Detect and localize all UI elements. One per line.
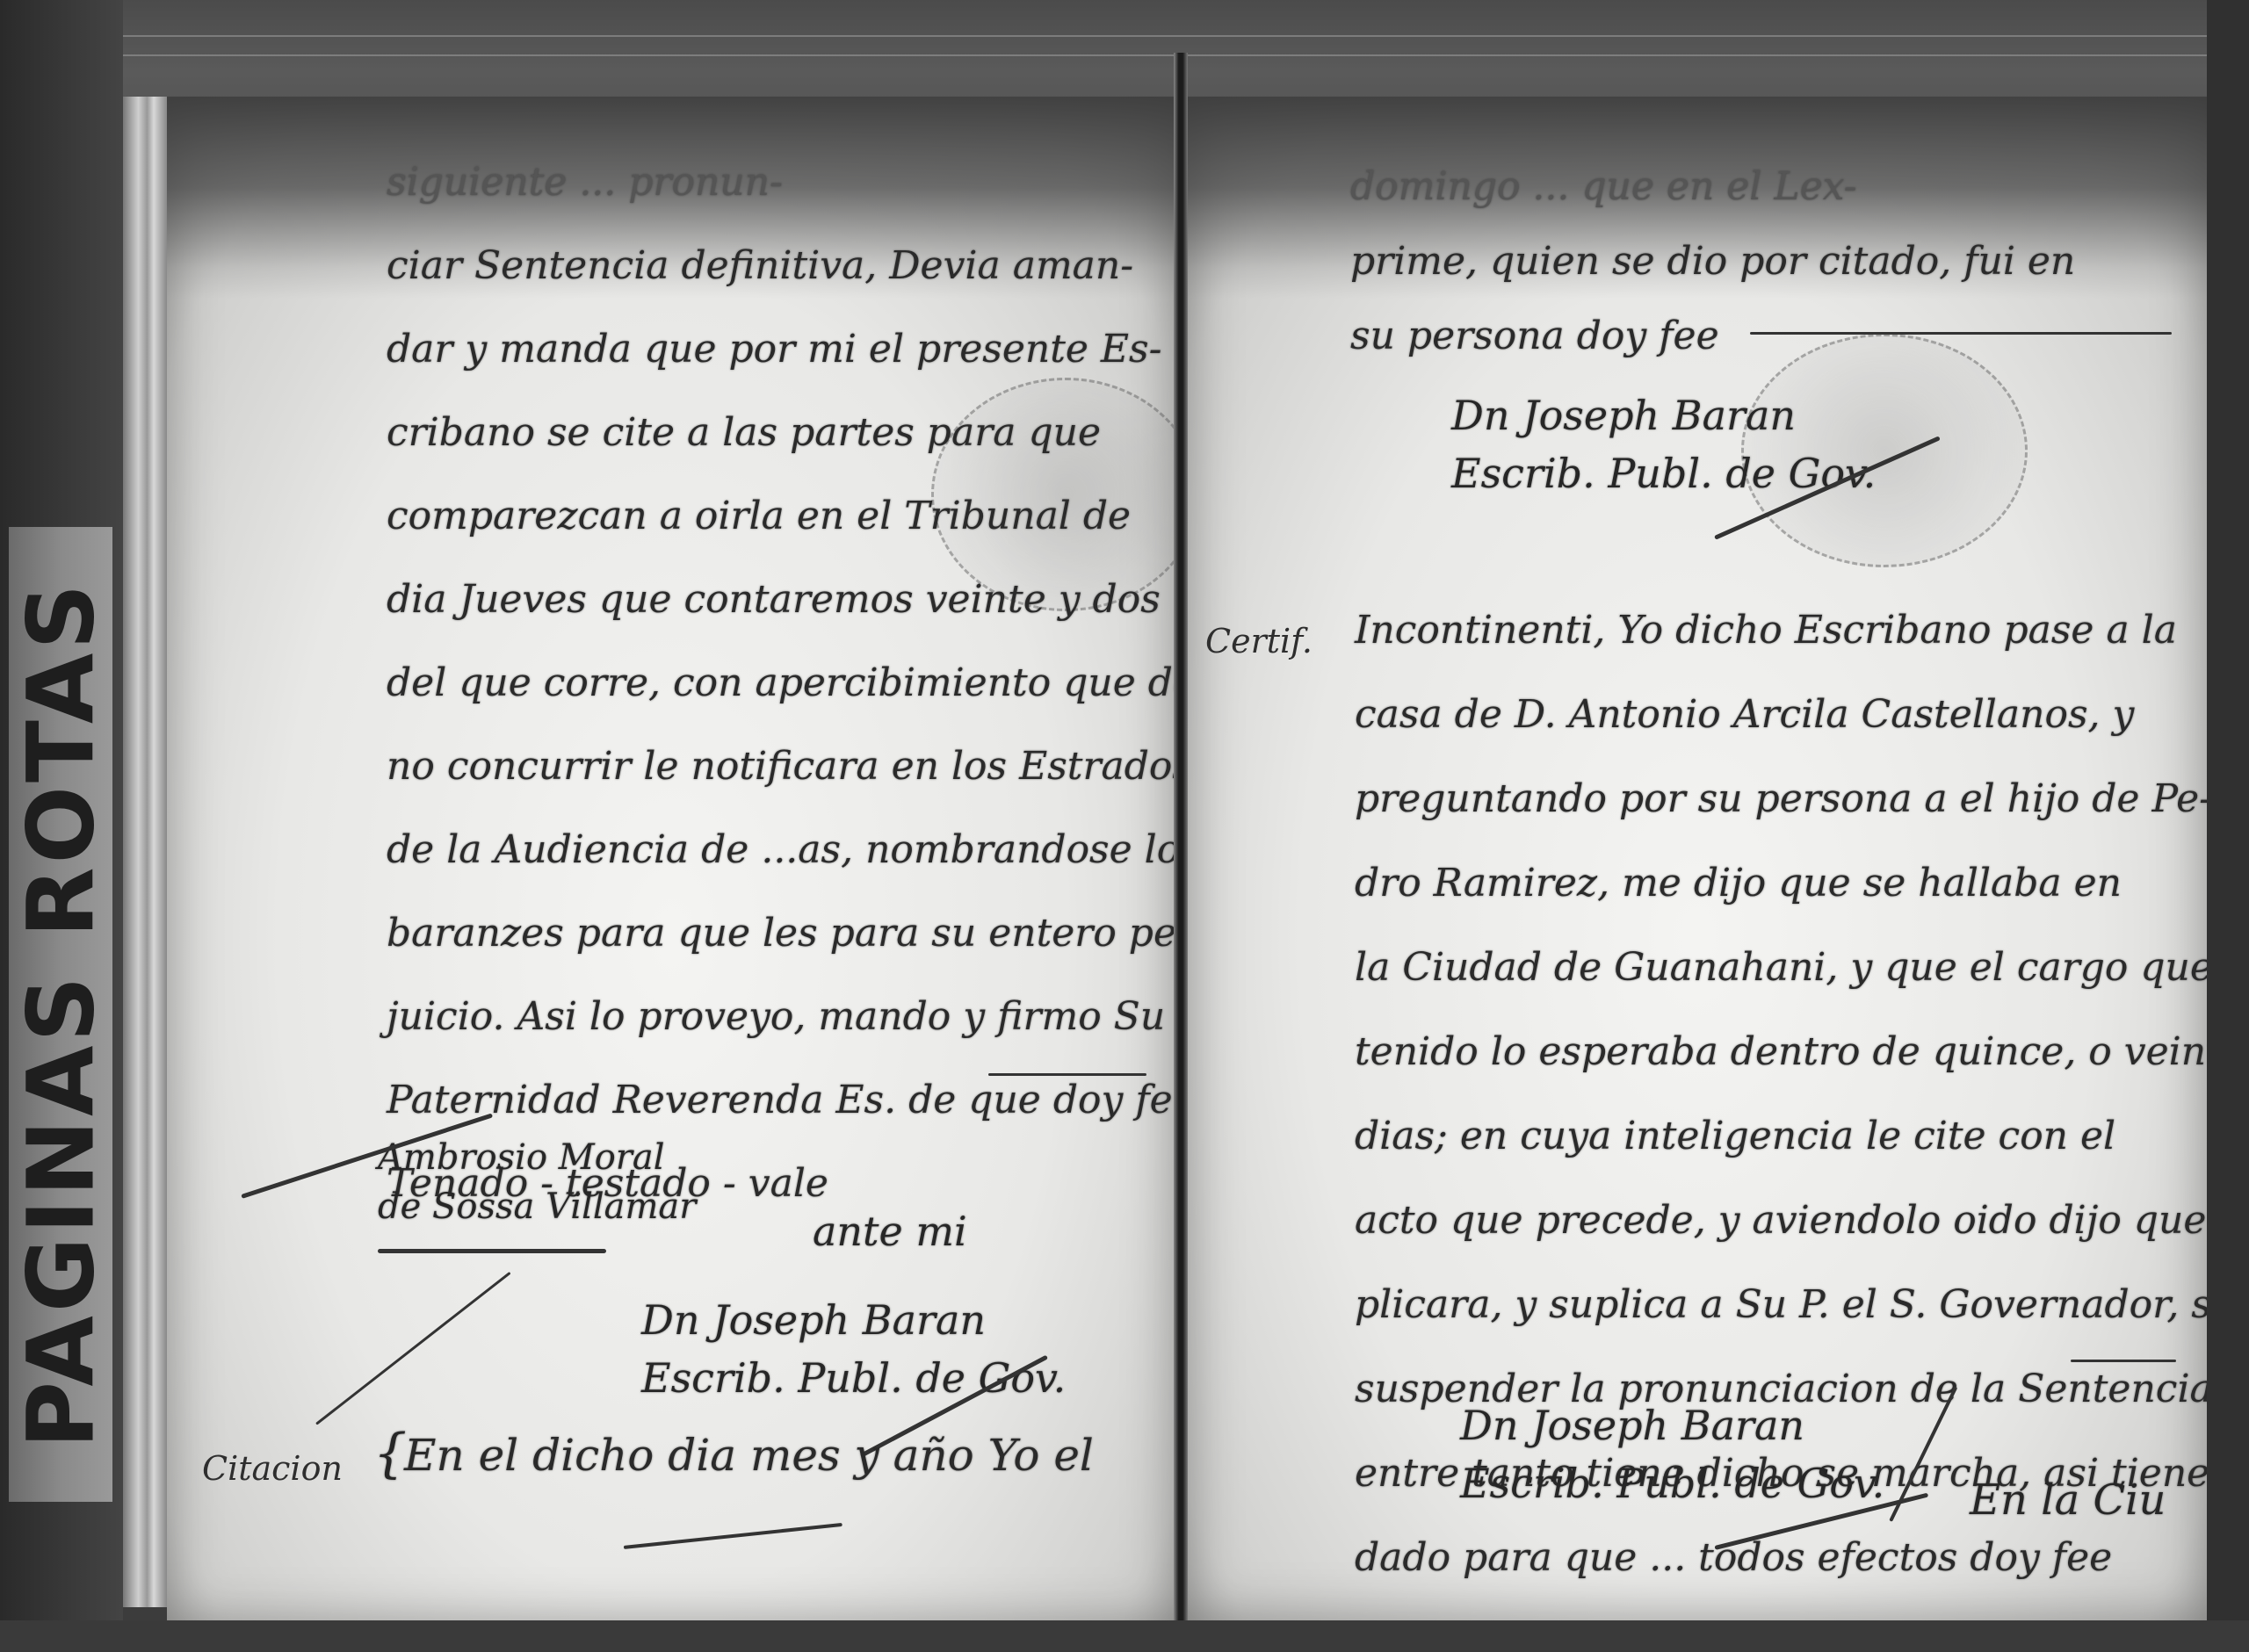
- film-bottom-band: [0, 1620, 2249, 1652]
- text-line: la Ciudad de Guanahani, y que el cargo q…: [1355, 926, 2180, 1010]
- continuation-text: En la Ciu: [1970, 1475, 2166, 1525]
- text-line: acto que precede, y aviendolo oido dijo …: [1355, 1179, 2180, 1263]
- text-line: casa de D. Antonio Arcila Castellanos, y: [1355, 673, 2180, 757]
- book-gutter: [1174, 53, 1188, 1625]
- book-page-edges: [123, 97, 167, 1607]
- paraph-flourish: [624, 1523, 842, 1549]
- right-page: domingo ... que en el Lex- prime, quien …: [1188, 97, 2207, 1620]
- text-line: comparezcan a oirla en el Tribunal de: [387, 474, 1160, 558]
- text-line: dar y manda que por mi el presente Es-: [387, 307, 1160, 391]
- text-line: del que corre, con apercibimiento que de: [387, 641, 1160, 725]
- left-page-text: siguiente ... pronun- ciar Sentencia def…: [387, 141, 1160, 1225]
- text-line: siguiente ... pronun-: [387, 141, 1160, 224]
- text-line: su persona doy fee: [1350, 299, 2176, 373]
- text-line: dia Jueves que contaremos veinte y dos: [387, 558, 1160, 641]
- margin-note-certif: Certif.: [1205, 622, 1313, 660]
- text-line: cribano se cite a las partes para que: [387, 391, 1160, 474]
- text-line: plicara, y suplica a Su P. el S. Governa…: [1355, 1263, 2180, 1347]
- text-line: dado para que ... todos efectos doy fee: [1355, 1516, 2180, 1600]
- text-line: dias; en cuya inteligencia le cite con e…: [1355, 1094, 2180, 1179]
- closing-rule: [2071, 1360, 2176, 1362]
- closing-rule: [988, 1073, 1146, 1076]
- film-scratch-line: [0, 35, 2249, 37]
- signature-joseph-baran: Dn Joseph Baran Escrib. Publ. de Gov.: [1451, 386, 1876, 502]
- text-line: de la Audiencia de ...as, nombrandose lo…: [387, 808, 1160, 891]
- text-line: Incontinenti, Yo dicho Escribano pase a …: [1355, 588, 2180, 673]
- text-line: domingo ... que en el Lex-: [1350, 149, 2176, 224]
- text-line: ciar Sentencia definitiva, Devia aman-: [387, 224, 1160, 307]
- left-page: siguiente ... pronun- ciar Sentencia def…: [167, 97, 1177, 1625]
- signature-joseph-baran: Dn Joseph Baran Escrib. Publ. de Gov.: [641, 1291, 1066, 1407]
- text-line: prime, quien se dio por citado, fui en: [1350, 224, 2176, 299]
- text-line: juicio. Asi lo proveyo, mando y firmo Su: [387, 975, 1160, 1058]
- paginas-rotas-text: PAGINAS ROTAS: [7, 581, 114, 1449]
- signature-ambrosio-moral: Ambrosio Moral de Sossa Villamar: [378, 1133, 696, 1231]
- bracket-glyph: {: [373, 1423, 407, 1484]
- text-line: no concurrir le notificara en los Estrad…: [387, 725, 1160, 808]
- paginas-rotas-label: PAGINAS ROTAS: [9, 527, 112, 1502]
- signature-joseph-baran: Dn Joseph Baran Escrib. Publ. de Gov.: [1460, 1396, 1884, 1512]
- text-line: tenido lo esperaba dentro de quince, o v…: [1355, 1010, 2180, 1094]
- text-line: baranzes para que les para su entero per…: [387, 891, 1160, 975]
- left-page-bottom-line: En el dicho dia mes y año Yo el: [404, 1414, 1094, 1497]
- text-line: Paternidad Reverenda Es. de que doy fe: [387, 1058, 1160, 1142]
- text-line: preguntando por su persona a el hijo de …: [1355, 757, 2180, 841]
- ante-mi-text: ante mi: [813, 1208, 967, 1255]
- film-scratch-line: [0, 54, 2249, 56]
- signature-underline: [378, 1249, 606, 1253]
- text-line: dro Ramirez, me dijo que se hallaba en: [1355, 841, 2180, 926]
- right-page-top-text: domingo ... que en el Lex- prime, quien …: [1350, 149, 2176, 373]
- closing-rule: [1750, 332, 2172, 335]
- signature-flourish: [315, 1272, 510, 1425]
- margin-note-citacion: Citacion: [202, 1449, 343, 1488]
- microfilm-scan: PAGINAS ROTAS siguiente ... pronun- ciar…: [0, 0, 2249, 1652]
- film-right-margin: [2207, 0, 2249, 1652]
